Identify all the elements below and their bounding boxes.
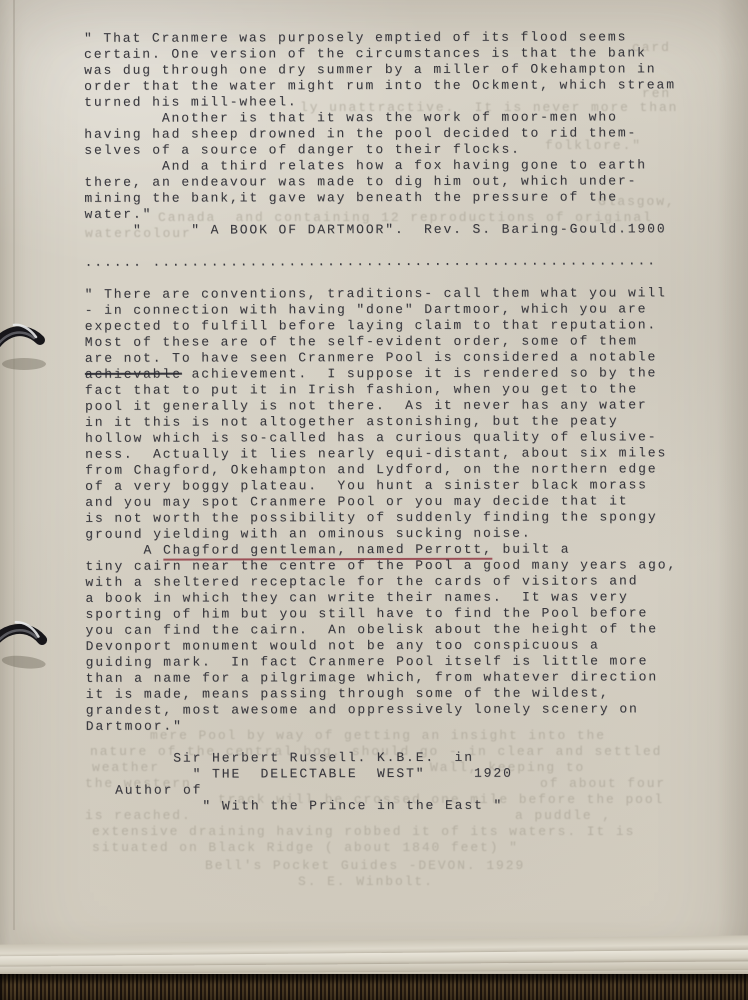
typed-line: are not. To have seen Cranmere Pool is c… bbox=[85, 349, 715, 367]
typed-line: - in connection with having "done" Dartm… bbox=[85, 301, 715, 319]
typed-line: a book in which they can write their nam… bbox=[85, 589, 715, 607]
typed-line: turned his mill-wheel. bbox=[84, 93, 714, 111]
typed-line: pool it generally is not there. As it ne… bbox=[85, 397, 715, 415]
typed-line: than a name for a pilgrimage which, from… bbox=[86, 669, 716, 687]
typed-line: hollow which is so-called has a curious … bbox=[85, 429, 715, 447]
typed-line: guiding mark. In fact Cranmere Pool itse… bbox=[86, 653, 716, 671]
typed-line: it is made, means passing through some o… bbox=[86, 685, 716, 703]
typed-line: with a sheltered receptacle for the card… bbox=[85, 573, 715, 591]
typed-line: of a very boggy plateau. You hunt a sini… bbox=[85, 477, 715, 495]
binder-ring-icon bbox=[0, 312, 62, 376]
typed-line: sporting of him but you still have to fi… bbox=[85, 605, 715, 623]
typed-line: " " A BOOK OF DARTMOOR". Rev. S. Baring-… bbox=[84, 221, 714, 239]
typed-line bbox=[86, 733, 716, 751]
typed-line: expected to fulfill before laying claim … bbox=[85, 317, 715, 335]
text-segment: built a bbox=[493, 542, 571, 557]
typed-line: water." bbox=[84, 205, 714, 223]
binder-ring-icon bbox=[0, 604, 65, 676]
typed-line: And a third relates how a fox having gon… bbox=[84, 157, 714, 175]
typed-line: Sir Herbert Russell. K.B.E. in bbox=[86, 749, 716, 767]
carpet-background bbox=[0, 974, 748, 1000]
typed-line: ness. Actually it lies nearly equi-dista… bbox=[85, 445, 715, 463]
typed-line: having had sheep drowned in the pool dec… bbox=[84, 125, 714, 143]
typed-line: fact that to put it in Irish fashion, wh… bbox=[85, 381, 715, 399]
typed-line: was dug through one dry summer by a mill… bbox=[84, 61, 714, 79]
typed-line: achievable achievement. I suppose it is … bbox=[85, 365, 715, 383]
typed-line: ground yielding with an ominous sucking … bbox=[85, 525, 715, 543]
typed-line: A Chagford gentleman, named Perrott, bui… bbox=[85, 541, 715, 559]
typed-line: Devonport monument would not be any too … bbox=[86, 637, 716, 655]
typed-line: certain. One version of the circumstance… bbox=[84, 45, 714, 63]
typed-line: and you may spot Cranmere Pool or you ma… bbox=[85, 493, 715, 511]
typed-line: you can find the cairn. An obelisk about… bbox=[86, 621, 716, 639]
typed-line: is not worth the possibility of suddenly… bbox=[85, 509, 715, 527]
typed-line: selves of a source of danger to their fl… bbox=[84, 141, 714, 159]
page-stack bbox=[0, 924, 748, 1000]
typed-line: ...... .................................… bbox=[85, 253, 715, 271]
typed-line: " There are conventions, traditions- cal… bbox=[85, 285, 715, 303]
typed-line: Author of bbox=[86, 781, 716, 799]
typed-line: there, an endeavour was made to dig him … bbox=[84, 173, 714, 191]
document-photo: cardrenly unattractive. It is never more… bbox=[0, 0, 748, 1000]
typed-line: " THE DELECTABLE WEST" 1920 bbox=[86, 765, 716, 783]
typed-text: " That Cranmere was purposely emptied of… bbox=[84, 29, 716, 815]
typed-line: in it this is not altogether astonishing… bbox=[85, 413, 715, 431]
strike-text: achievable bbox=[85, 367, 182, 382]
typed-line: Another is that it was the work of moor-… bbox=[84, 109, 714, 127]
typed-line: Dartmoor." bbox=[86, 717, 716, 735]
typed-line bbox=[85, 269, 715, 287]
typed-line: Most of these are of the self-evident or… bbox=[85, 333, 715, 351]
text-segment: A bbox=[85, 543, 163, 558]
typed-line: tiny cairn near the centre of the Pool a… bbox=[85, 557, 715, 575]
typed-line: " That Cranmere was purposely emptied of… bbox=[84, 29, 714, 47]
typed-line bbox=[85, 237, 715, 255]
paper-crease bbox=[13, 0, 15, 930]
text-segment: achievement. I suppose it is rendered so… bbox=[182, 365, 657, 381]
typed-line: grandest, most awesome and oppressively … bbox=[86, 701, 716, 719]
typed-line: " With the Prince in the East " bbox=[86, 797, 716, 815]
typed-line: mining the bank,it gave way beneath the … bbox=[84, 189, 714, 207]
typed-line: from Chagford, Okehampton and Lydford, o… bbox=[85, 461, 715, 479]
typed-line: order that the water might rum into the … bbox=[84, 77, 714, 95]
